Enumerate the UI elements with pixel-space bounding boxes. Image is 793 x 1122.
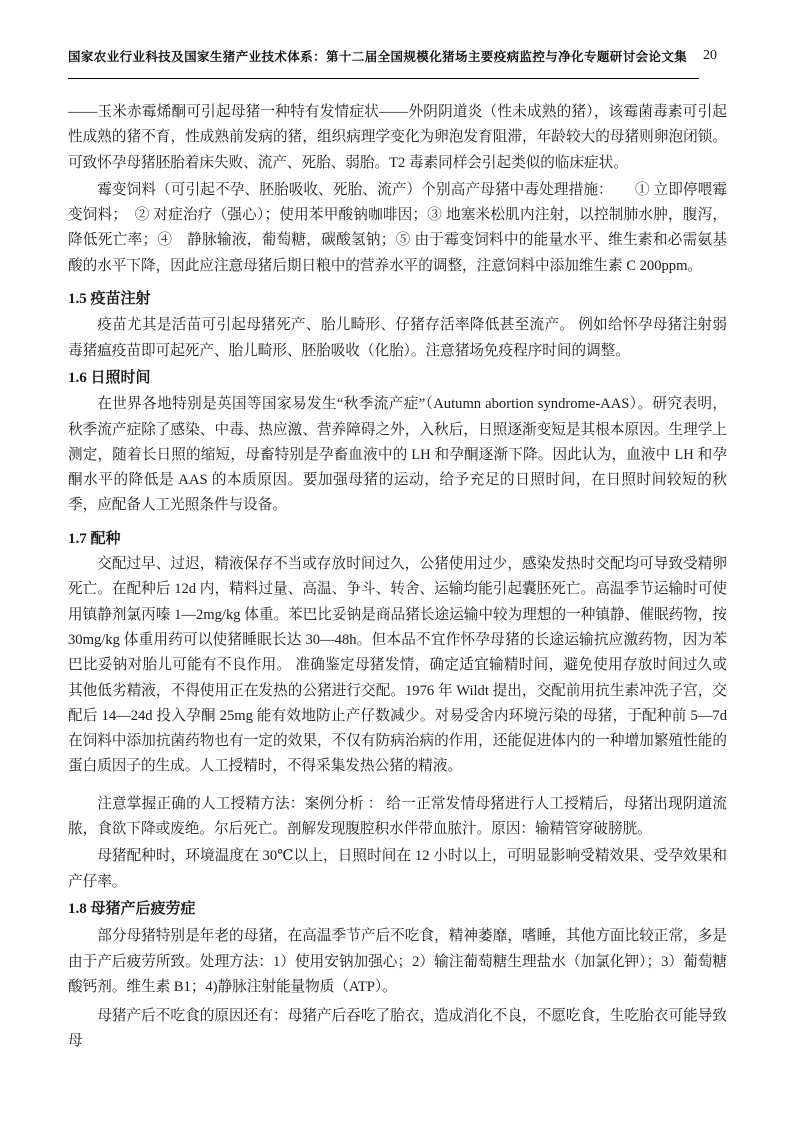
paragraph-artificial-insemination-case: 注意掌握正确的人工授精方法：案例分析 ： 给一正常发情母猪进行人工授精后，母猪出… [68,792,727,843]
paragraph-mating-management: 交配过早、过迟，精液保存不当或存放时间过久，公猪使用过少，感染发热时交配均可导致… [68,552,727,780]
paragraph-moldy-feed-treatment: 霉变饲料（可引起不孕、胚胎吸收、死胎、流产）个别高产母猪中毒处理措施： ① 立即… [68,178,727,279]
paragraph-mating-environment: 母猪配种时，环境温度在 30℃以上，日照时间在 12 小时以上，可明显影响受精效… [68,844,727,895]
paragraph-mycotoxin-symptoms: ——玉米赤霉烯酮可引起母猪一种特有发情症状——外阴阴道炎（性未成熟的猪），该霉菌… [68,100,727,176]
paragraph-vaccine-effects: 疫苗尤其是活苗可引起母猪死产、胎儿畸形、仔猪存活率降低甚至流产。 例如给怀孕母猪… [68,313,727,364]
document-page: 国家农业行业科技及国家生猪产业技术体系：第十二届全国规模化猪场主要疫病监控与净化… [0,0,793,1122]
section-heading-1-7-mating: 1.7 配种 [68,527,727,552]
paragraph-postpartum-fatigue-treatment: 部分母猪特别是年老的母猪，在高温季节产后不吃食，精神萎靡，嗜睡，其他方面比较正常… [68,924,727,1000]
proceedings-title: 国家农业行业科技及国家生猪产业技术体系：第十二届全国规模化猪场主要疫病监控与净化… [68,47,700,65]
section-heading-1-8-postpartum-fatigue: 1.8 母猪产后疲劳症 [68,897,727,922]
section-heading-1-6-daylight-time: 1.6 日照时间 [68,366,727,391]
document-body: ——玉米赤霉烯酮可引起母猪一种特有发情症状——外阴阴道炎（性未成熟的猪），该霉菌… [68,100,727,1055]
paragraph-postpartum-anorexia-causes: 母猪产后不吃食的原因还有：母猪产后吞吃了胎衣，造成消化不良，不愿吃食，生吃胎衣可… [68,1004,727,1055]
page-number: 20 [703,48,717,64]
running-header: 国家农业行业科技及国家生猪产业技术体系：第十二届全国规模化猪场主要疫病监控与净化… [68,47,700,65]
section-heading-1-5-vaccine-injection: 1.5 疫苗注射 [68,287,727,312]
paragraph-autumn-abortion-syndrome: 在世界各地特别是英国等国家易发生“秋季流产症”（Autumn abortion … [68,392,727,518]
header-rule [68,78,699,79]
